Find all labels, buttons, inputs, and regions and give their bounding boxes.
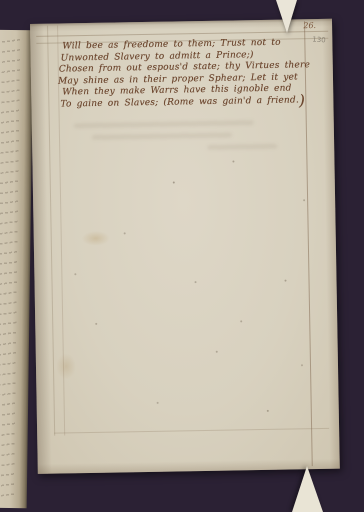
handwriting-block: Will bee as freedome to them; Trust not … bbox=[62, 37, 315, 110]
ink-flourish: ) bbox=[299, 91, 305, 109]
folio-number: 26. bbox=[303, 21, 316, 31]
snake-weight-bottom bbox=[292, 466, 323, 512]
show-through-mark bbox=[92, 132, 232, 139]
manuscript-page: 26. 130 Will bee as freedome to them; Tr… bbox=[30, 19, 340, 474]
show-through-mark bbox=[74, 120, 254, 128]
ruled-left-margin-line-1 bbox=[47, 26, 55, 436]
manuscript-photo-backdrop: 26. 130 Will bee as freedome to them; Tr… bbox=[0, 0, 364, 512]
paper-stain bbox=[82, 231, 110, 246]
ink-specks bbox=[173, 181, 175, 183]
snake-weight-top bbox=[276, 0, 297, 33]
show-through-mark bbox=[207, 144, 277, 150]
ruled-bottom-margin-line bbox=[54, 428, 329, 434]
facing-page-fore-edge bbox=[0, 30, 33, 508]
paper-stain bbox=[56, 353, 76, 379]
